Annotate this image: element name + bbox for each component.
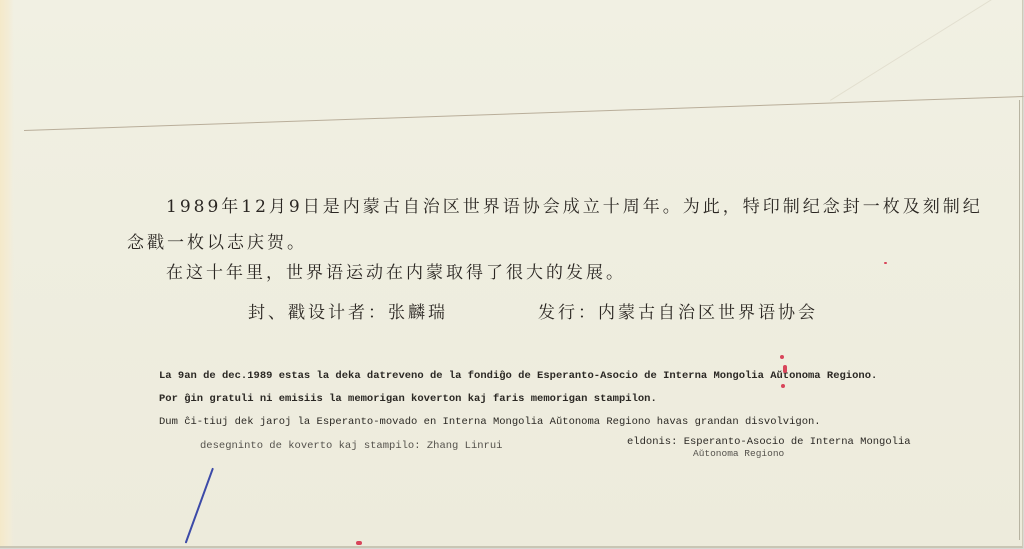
esperanto-designer-credit: desegninto de koverto kaj stampilo: Zhan… (200, 440, 502, 452)
red-ink-speck (783, 365, 787, 373)
red-ink-speck (781, 384, 785, 388)
chinese-paragraph-2: 在这十年里，世界语运动在内蒙取得了很大的发展。 (166, 258, 626, 283)
esperanto-line-1: La 9an de dec.1989 estas la deka datreve… (159, 370, 877, 382)
esperanto-line-2: Por ĝin gratuli ni emisiis la memorigan … (159, 393, 657, 405)
red-ink-speck (356, 541, 362, 545)
envelope-flap-crease (830, 0, 992, 101)
blue-pen-mark (185, 468, 214, 544)
chinese-paragraph-1-line-2: 念戳一枚以志庆贺。 (127, 228, 307, 253)
envelope-right-edge (1019, 100, 1020, 540)
esperanto-line-3: Dum ĉi-tiuj dek jaroj la Esperanto-movad… (159, 416, 821, 428)
red-ink-speck (780, 355, 784, 359)
red-ink-speck (884, 262, 887, 264)
envelope-flap-line (24, 96, 1023, 131)
chinese-designer-credit: 封、戳设计者：张麟瑞 (248, 298, 448, 323)
chinese-publisher-credit: 发行：内蒙古自治区世界语协会 (538, 298, 818, 323)
chinese-paragraph-1-line-1: 1989年12月9日是内蒙古自治区世界语协会成立十周年。为此，特印制纪念封一枚及… (166, 192, 983, 217)
esperanto-publisher-credit-line-2: Aŭtonoma Regiono (693, 448, 784, 459)
paper-edge (0, 0, 14, 546)
esperanto-publisher-credit-line-1: eldonis: Esperanto-Asocio de Interna Mon… (627, 436, 911, 448)
envelope-back: 1989年12月9日是内蒙古自治区世界语协会成立十周年。为此，特印制纪念封一枚及… (0, 0, 1023, 548)
